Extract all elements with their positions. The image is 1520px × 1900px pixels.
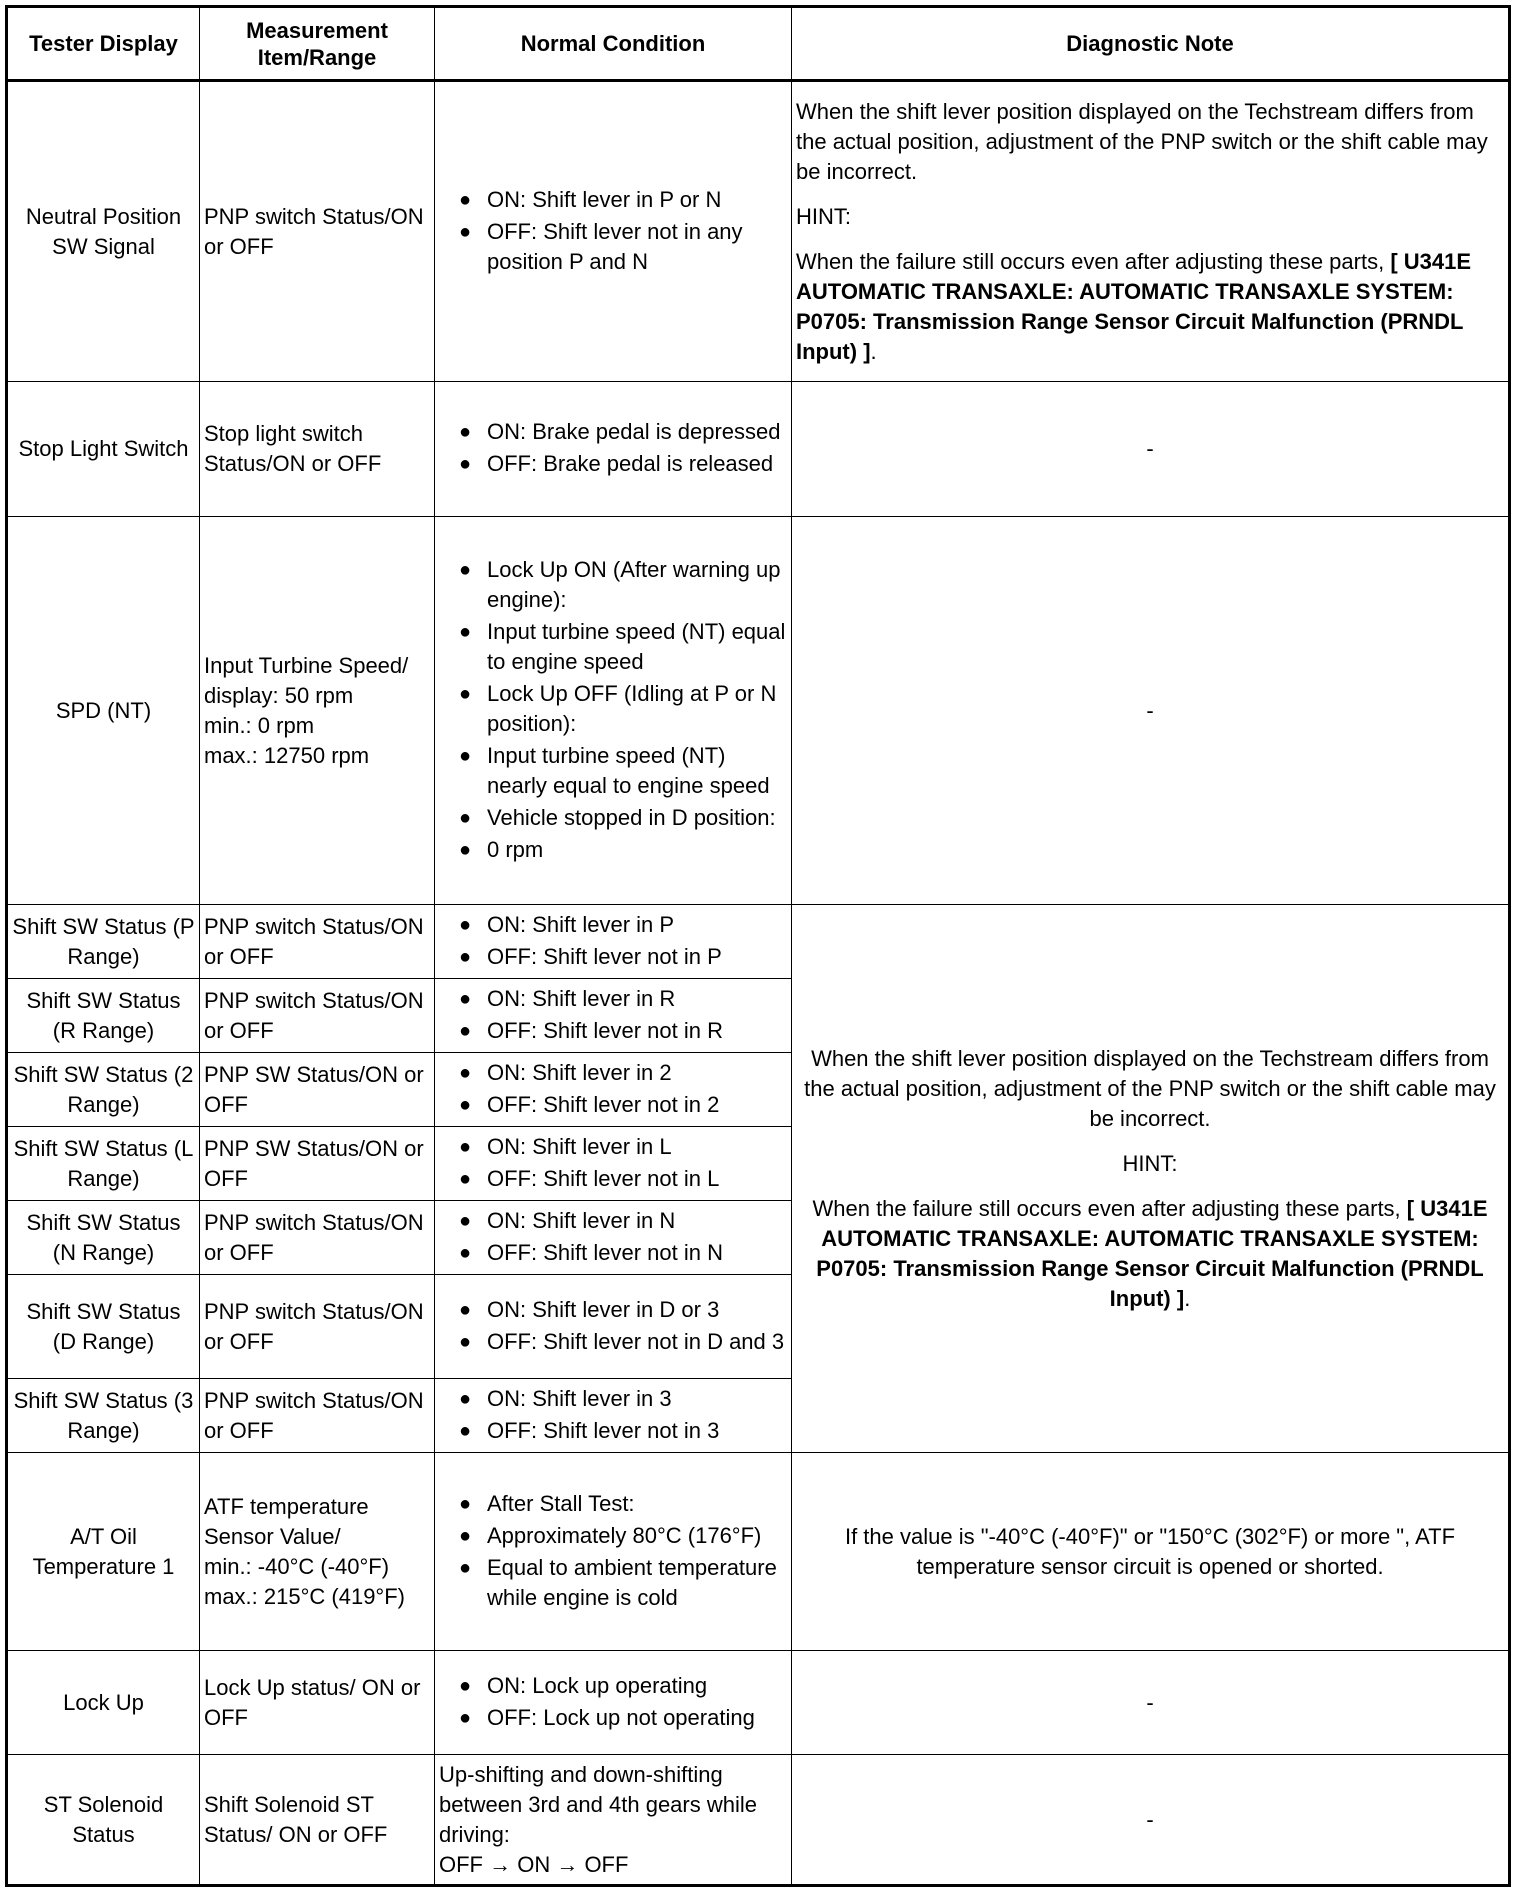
- table-row: Lock Up Lock Up status/ ON or OFF ●ON: L…: [7, 1651, 1510, 1755]
- bullet-icon: ●: [459, 679, 471, 709]
- normal-condition-cell: ●ON: Shift lever in P or N ●OFF: Shift l…: [435, 81, 792, 382]
- diagnostic-note-cell: If the value is "-40°C (-40°F)" or "150°…: [792, 1453, 1510, 1651]
- bullet-icon: ●: [459, 1238, 471, 1268]
- condition-item: ●OFF: Shift lever not in D and 3: [445, 1327, 787, 1357]
- bullet-icon: ●: [459, 741, 471, 771]
- bullet-icon: ●: [459, 1058, 471, 1088]
- condition-item: ●ON: Shift lever in 3: [445, 1384, 787, 1414]
- condition-item: ●OFF: Shift lever not in L: [445, 1164, 787, 1194]
- header-tester-display: Tester Display: [7, 7, 200, 81]
- measurement-cell: Shift Solenoid ST Status/ ON or OFF: [200, 1755, 435, 1886]
- measurement-cell: PNP switch Status/ON or OFF: [200, 905, 435, 979]
- tester-display-cell: SPD (NT): [7, 517, 200, 905]
- condition-item: ●ON: Shift lever in L: [445, 1132, 787, 1162]
- bullet-icon: ●: [459, 1416, 471, 1446]
- condition-item: ●0 rpm: [445, 835, 787, 865]
- note-hint-label: HINT:: [796, 202, 1504, 232]
- bullet-icon: ●: [459, 617, 471, 647]
- condition-item: ●ON: Shift lever in D or 3: [445, 1295, 787, 1325]
- bullet-icon: ●: [459, 185, 471, 215]
- condition-item: ●Input turbine speed (NT) nearly equal t…: [445, 741, 787, 801]
- tester-display-cell: Shift SW Status (2 Range): [7, 1053, 200, 1127]
- tester-display-cell: Shift SW Status (3 Range): [7, 1379, 200, 1453]
- diagnostic-note-cell: -: [792, 1651, 1510, 1755]
- normal-condition-cell: ●ON: Shift lever in 3 ●OFF: Shift lever …: [435, 1379, 792, 1453]
- condition-item: ●After Stall Test:: [445, 1489, 787, 1519]
- diagnostic-note-cell: -: [792, 1755, 1510, 1886]
- bullet-icon: ●: [459, 984, 471, 1014]
- bullet-icon: ●: [459, 1521, 471, 1551]
- measurement-cell: Input Turbine Speed/ display: 50 rpm min…: [200, 517, 435, 905]
- normal-condition-cell: ●ON: Shift lever in 2 ●OFF: Shift lever …: [435, 1053, 792, 1127]
- table-row: Neutral Position SW Signal PNP switch St…: [7, 81, 1510, 382]
- tester-display-cell: Shift SW Status (D Range): [7, 1275, 200, 1379]
- condition-item: ●Vehicle stopped in D position:: [445, 803, 787, 833]
- bullet-icon: ●: [459, 1489, 471, 1519]
- tester-display-cell: A/T Oil Temperature 1: [7, 1453, 200, 1651]
- diagnostic-note-cell: When the shift lever position displayed …: [792, 81, 1510, 382]
- table-row: ST Solenoid Status Shift Solenoid ST Sta…: [7, 1755, 1510, 1886]
- table-row: Shift SW Status (P Range) PNP switch Sta…: [7, 905, 1510, 979]
- condition-item: ●OFF: Shift lever not in R: [445, 1016, 787, 1046]
- normal-condition-cell: ●ON: Lock up operating ●OFF: Lock up not…: [435, 1651, 792, 1755]
- condition-item: ●ON: Shift lever in 2: [445, 1058, 787, 1088]
- bullet-icon: ●: [459, 1016, 471, 1046]
- bullet-icon: ●: [459, 835, 471, 865]
- bullet-icon: ●: [459, 217, 471, 247]
- condition-item: ●ON: Lock up operating: [445, 1671, 787, 1701]
- measurement-cell: PNP switch Status/ON or OFF: [200, 979, 435, 1053]
- bullet-icon: ●: [459, 1132, 471, 1162]
- condition-item: ●ON: Shift lever in P or N: [445, 185, 787, 215]
- normal-condition-cell: ●After Stall Test: ●Approximately 80°C (…: [435, 1453, 792, 1651]
- table-row: SPD (NT) Input Turbine Speed/ display: 5…: [7, 517, 1510, 905]
- normal-condition-cell: ●ON: Shift lever in D or 3 ●OFF: Shift l…: [435, 1275, 792, 1379]
- condition-item: ●OFF: Shift lever not in 2: [445, 1090, 787, 1120]
- condition-item: ●OFF: Shift lever not in any position P …: [445, 217, 787, 277]
- note-paragraph: When the shift lever position displayed …: [796, 97, 1504, 187]
- condition-item: ●OFF: Brake pedal is released: [445, 449, 787, 479]
- normal-condition-cell: ●ON: Shift lever in N ●OFF: Shift lever …: [435, 1201, 792, 1275]
- bullet-icon: ●: [459, 1553, 471, 1583]
- condition-item: ●ON: Shift lever in N: [445, 1206, 787, 1236]
- bullet-icon: ●: [459, 1671, 471, 1701]
- tester-display-cell: Shift SW Status (P Range): [7, 905, 200, 979]
- diagnostic-note-cell: -: [792, 382, 1510, 517]
- note-paragraph: When the shift lever position displayed …: [796, 1044, 1504, 1134]
- condition-item: ●ON: Shift lever in P: [445, 910, 787, 940]
- bullet-icon: ●: [459, 1090, 471, 1120]
- bullet-icon: ●: [459, 1327, 471, 1357]
- condition-item: ●Input turbine speed (NT) equal to engin…: [445, 617, 787, 677]
- bullet-icon: ●: [459, 1206, 471, 1236]
- diagnostic-note-cell: -: [792, 517, 1510, 905]
- normal-condition-cell: ●ON: Shift lever in L ●OFF: Shift lever …: [435, 1127, 792, 1201]
- tester-display-cell: Stop Light Switch: [7, 382, 200, 517]
- data-list-table: Tester Display Measurement Item/Range No…: [5, 5, 1511, 1887]
- bullet-icon: ●: [459, 449, 471, 479]
- tester-display-cell: Shift SW Status (L Range): [7, 1127, 200, 1201]
- condition-item: ●Equal to ambient temperature while engi…: [445, 1553, 787, 1613]
- condition-item: ●Approximately 80°C (176°F): [445, 1521, 787, 1551]
- header-normal-condition: Normal Condition: [435, 7, 792, 81]
- normal-condition-cell: ●ON: Shift lever in R ●OFF: Shift lever …: [435, 979, 792, 1053]
- condition-item: ●Lock Up OFF (Idling at P or N position)…: [445, 679, 787, 739]
- header-diagnostic-note: Diagnostic Note: [792, 7, 1510, 81]
- measurement-cell: PNP switch Status/ON or OFF: [200, 1379, 435, 1453]
- shift-diagnostic-note-cell: When the shift lever position displayed …: [792, 905, 1510, 1453]
- note-hint-label: HINT:: [796, 1149, 1504, 1179]
- condition-item: ●OFF: Shift lever not in 3: [445, 1416, 787, 1446]
- bullet-icon: ●: [459, 1295, 471, 1325]
- table-row: Stop Light Switch Stop light switch Stat…: [7, 382, 1510, 517]
- measurement-cell: PNP switch Status/ON or OFF: [200, 81, 435, 382]
- bullet-icon: ●: [459, 417, 471, 447]
- bullet-icon: ●: [459, 910, 471, 940]
- condition-item: ●OFF: Shift lever not in P: [445, 942, 787, 972]
- condition-item: ●OFF: Lock up not operating: [445, 1703, 787, 1733]
- note-paragraph: When the failure still occurs even after…: [796, 247, 1504, 367]
- note-paragraph: When the failure still occurs even after…: [796, 1194, 1504, 1314]
- normal-condition-cell: ●ON: Shift lever in P ●OFF: Shift lever …: [435, 905, 792, 979]
- measurement-cell: PNP switch Status/ON or OFF: [200, 1201, 435, 1275]
- tester-display-cell: Lock Up: [7, 1651, 200, 1755]
- measurement-cell: Lock Up status/ ON or OFF: [200, 1651, 435, 1755]
- bullet-icon: ●: [459, 803, 471, 833]
- measurement-cell: ATF temperature Sensor Value/ min.: -40°…: [200, 1453, 435, 1651]
- bullet-icon: ●: [459, 555, 471, 585]
- condition-item: ●ON: Shift lever in R: [445, 984, 787, 1014]
- header-row: Tester Display Measurement Item/Range No…: [7, 7, 1510, 81]
- tester-display-cell: Neutral Position SW Signal: [7, 81, 200, 382]
- tester-display-cell: Shift SW Status (R Range): [7, 979, 200, 1053]
- normal-condition-cell: ●Lock Up ON (After warning up engine): ●…: [435, 517, 792, 905]
- bullet-icon: ●: [459, 1384, 471, 1414]
- measurement-cell: PNP SW Status/ON or OFF: [200, 1127, 435, 1201]
- bullet-icon: ●: [459, 1164, 471, 1194]
- table-row: A/T Oil Temperature 1 ATF temperature Se…: [7, 1453, 1510, 1651]
- condition-item: ●Lock Up ON (After warning up engine):: [445, 555, 787, 615]
- normal-condition-cell: Up-shifting and down-shifting between 3r…: [435, 1755, 792, 1886]
- normal-condition-cell: ●ON: Brake pedal is depressed ●OFF: Brak…: [435, 382, 792, 517]
- condition-item: ●ON: Brake pedal is depressed: [445, 417, 787, 447]
- bullet-icon: ●: [459, 1703, 471, 1733]
- header-measurement-item: Measurement Item/Range: [200, 7, 435, 81]
- measurement-cell: Stop light switch Status/ON or OFF: [200, 382, 435, 517]
- condition-item: ●OFF: Shift lever not in N: [445, 1238, 787, 1268]
- tester-display-cell: ST Solenoid Status: [7, 1755, 200, 1886]
- measurement-cell: PNP SW Status/ON or OFF: [200, 1053, 435, 1127]
- measurement-cell: PNP switch Status/ON or OFF: [200, 1275, 435, 1379]
- tester-display-cell: Shift SW Status (N Range): [7, 1201, 200, 1275]
- bullet-icon: ●: [459, 942, 471, 972]
